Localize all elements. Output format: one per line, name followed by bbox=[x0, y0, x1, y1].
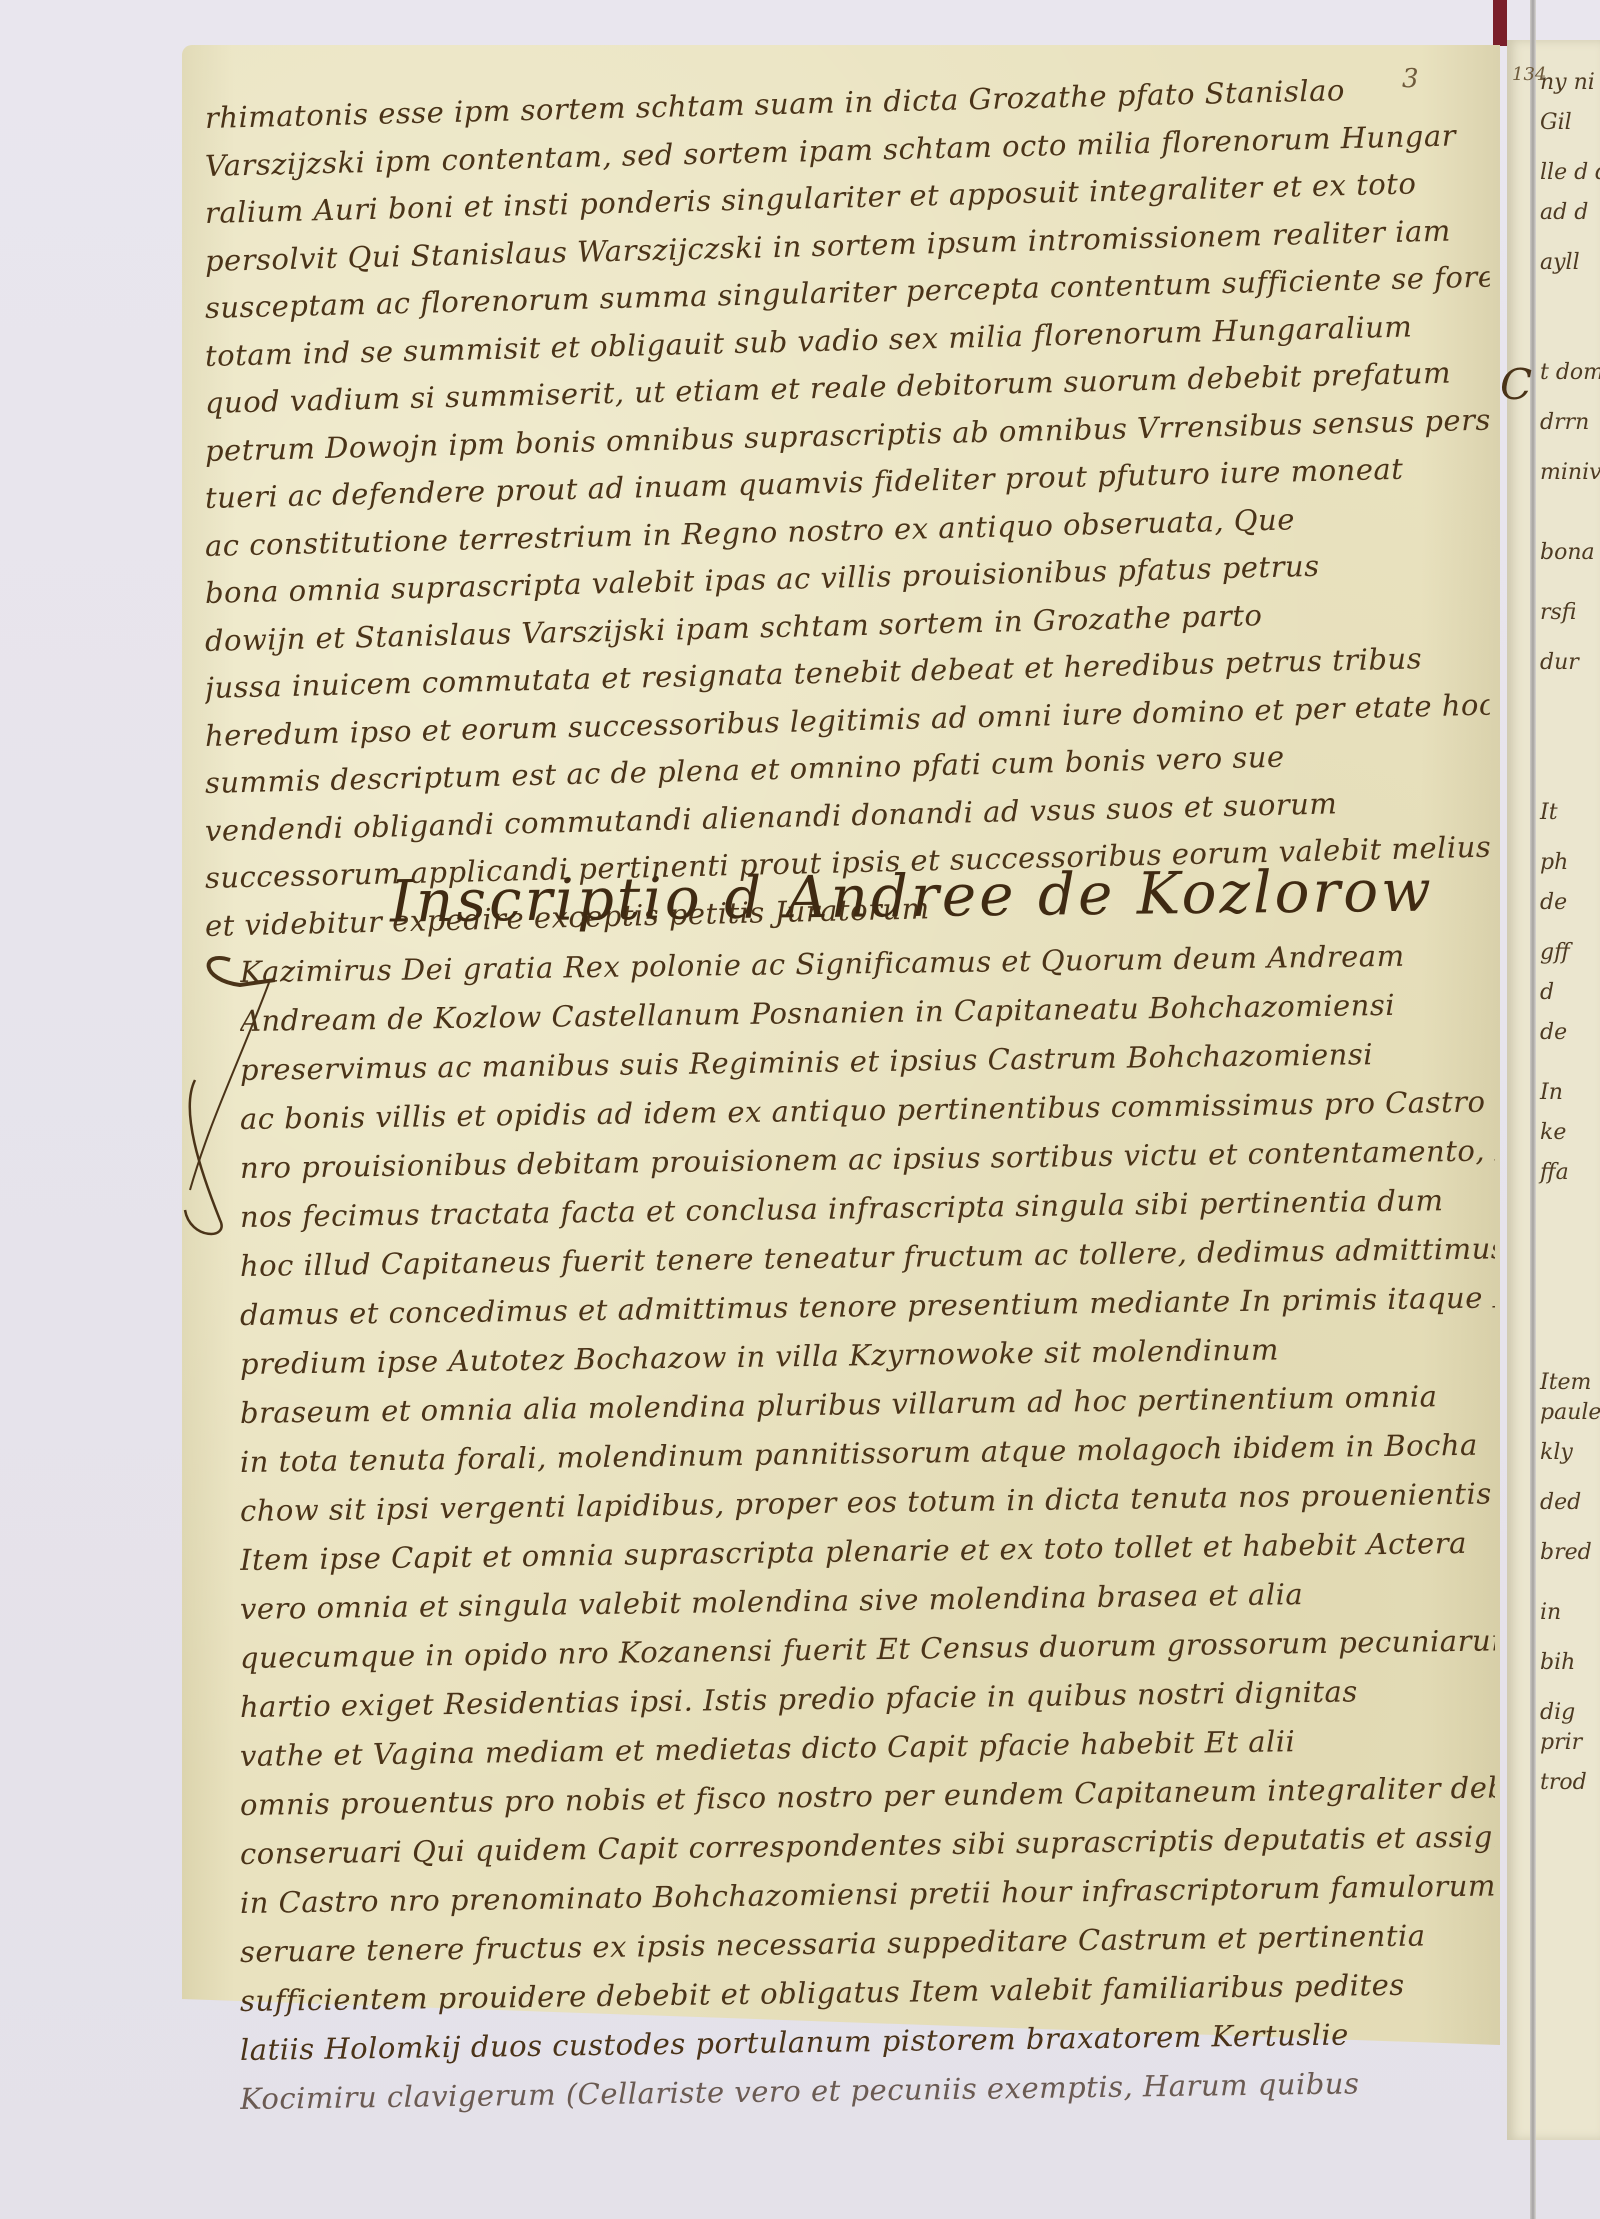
right-page-fragment: t dom bbox=[1540, 360, 1600, 385]
right-page-fragment: drrn bbox=[1540, 410, 1589, 435]
right-page-fragment: dig bbox=[1540, 1700, 1575, 1725]
right-page-fragment: paule bbox=[1540, 1400, 1600, 1425]
right-page-fragment: ded bbox=[1540, 1490, 1581, 1515]
right-page-fragment: ad d bbox=[1540, 200, 1588, 225]
right-page-fragment: In bbox=[1540, 1080, 1563, 1105]
right-page-fragment: trod bbox=[1540, 1770, 1587, 1795]
right-page-fragment: ny ni bbox=[1540, 70, 1595, 95]
right-page-fragment: bih bbox=[1540, 1650, 1575, 1675]
right-page-fragment: minive bbox=[1540, 460, 1600, 485]
right-page-fragment: gff bbox=[1540, 940, 1570, 965]
entry-heading: Inscriptio d Andree de Kozlorow bbox=[390, 857, 1434, 936]
right-page-fragment: bona bbox=[1540, 540, 1595, 565]
right-page-fragment: It bbox=[1540, 800, 1558, 825]
text-block-first-entry: rhimatonis esse ipm sortem schtam suam i… bbox=[205, 95, 1490, 950]
margin-marker: C bbox=[1500, 360, 1532, 409]
right-page-fragment: prir bbox=[1540, 1730, 1582, 1755]
right-page-fragment: lle d de bbox=[1540, 160, 1600, 185]
right-page-fragment: de bbox=[1540, 1020, 1567, 1045]
right-page-fragment: ffa bbox=[1540, 1160, 1569, 1185]
right-page-fragment: rsfi bbox=[1540, 600, 1576, 625]
right-page-fragment: dur bbox=[1540, 650, 1579, 675]
right-page-fragment: Gil bbox=[1540, 110, 1572, 135]
right-page-fragment: Item bbox=[1540, 1370, 1591, 1395]
right-page-fragment: ke bbox=[1540, 1120, 1566, 1145]
right-page-fragment: ph bbox=[1540, 850, 1568, 875]
right-page-fragment: kly bbox=[1540, 1440, 1573, 1465]
right-page-fragment: ayll bbox=[1540, 250, 1580, 275]
right-page-fragment: bred bbox=[1540, 1540, 1592, 1565]
right-page-fragment: in bbox=[1540, 1600, 1561, 1625]
right-page-fragment: d bbox=[1540, 980, 1554, 1005]
right-page-fragment: de bbox=[1540, 890, 1567, 915]
book-gutter bbox=[1530, 0, 1536, 2219]
text-block-inscription: Kazimirus Dei gratia Rex polonie ac Sign… bbox=[240, 948, 1495, 2124]
bookmark-ribbon bbox=[1493, 0, 1507, 46]
